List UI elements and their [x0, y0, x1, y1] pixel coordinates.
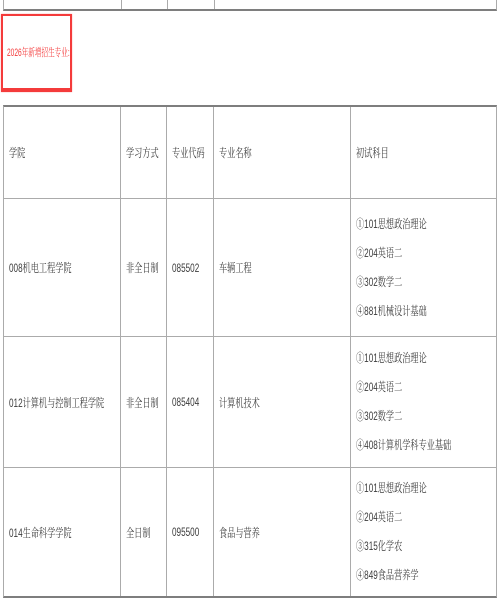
subject-line: ②204英语二: [356, 373, 424, 402]
table-row-subjects: ①101思想政治理论 ②204英语二 ③302数学二 ④408计算机学科专业基础: [351, 337, 496, 468]
subject-line: ①101思想政治理论: [356, 474, 460, 503]
table-divider: [214, 0, 215, 9]
subject-line: ④881机械设计基础: [356, 297, 460, 326]
table-divider: [167, 0, 168, 9]
subject-line: ③302数学二: [356, 268, 424, 297]
table-row-mode: 全日制: [121, 468, 167, 596]
header-major-name: 专业名称: [214, 107, 351, 199]
subject-line: ④408计算机学科专业基础: [356, 431, 496, 460]
table-row-major: 车辆工程: [214, 199, 351, 337]
header-study-mode: 学习方式: [121, 107, 167, 199]
subject-line: ②204英语二: [356, 239, 424, 268]
new-majors-table: 学院 学习方式 专业代码 专业名称 初试科目 008机电工程学院 非全日制 08…: [3, 105, 497, 598]
table-row-code: 095500: [167, 468, 214, 596]
table-row-subjects: ①101思想政治理论 ②204英语二 ③315化学农 ④849食品营养学: [351, 468, 496, 596]
header-exam-subjects: 初试科目: [351, 107, 496, 199]
table-row-major: 计算机技术: [214, 337, 351, 468]
table-row-code: 085502: [167, 199, 214, 337]
subject-line: ②204英语二: [356, 503, 424, 532]
highlight-annotation-box: 2026年新增招生专业:: [1, 14, 72, 92]
annotation-label: 2026年新增招生专业:: [7, 44, 70, 60]
subject-line: ③302数学二: [356, 402, 424, 431]
subject-line: ①101思想政治理论: [356, 210, 460, 239]
header-major-code: 专业代码: [167, 107, 214, 199]
table-row-code: 085404: [167, 337, 214, 468]
table-row-college: 012计算机与控制工程学院: [4, 337, 121, 468]
subject-line: ①101思想政治理论: [356, 344, 460, 373]
table-row-subjects: ①101思想政治理论 ②204英语二 ③302数学二 ④881机械设计基础: [351, 199, 496, 337]
table-row-college: 008机电工程学院: [4, 199, 121, 337]
subject-line: ③315化学农: [356, 532, 424, 561]
table-row-college: 014生命科学学院: [4, 468, 121, 596]
table-divider: [121, 0, 122, 9]
header-college: 学院: [4, 107, 121, 199]
subject-line: ④849食品营养学: [356, 561, 448, 590]
table-row-mode: 非全日制: [121, 199, 167, 337]
previous-table-bottom-fragment: [3, 0, 497, 11]
table-row-major: 食品与营养: [214, 468, 351, 596]
table-row-mode: 非全日制: [121, 337, 167, 468]
